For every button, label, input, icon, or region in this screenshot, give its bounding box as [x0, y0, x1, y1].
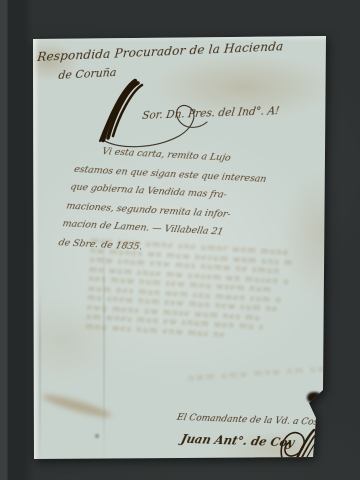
faint-ink-traces: nwm umw mnw nm uw [188, 364, 328, 384]
photograph-of-manuscript: mun nwm umne sno umnr wnm mune nw munes … [0, 0, 360, 480]
paper-shadow-wrap: mun nwm umne sno umnr wnm mune nw munes … [0, 0, 360, 480]
letter-body: Vi esta carta, remito a Lujo estamos en … [57, 142, 292, 263]
signature-rubric-icon [276, 424, 322, 466]
manuscript-paper: mun nwm umne sno umnr wnm mune nw munes … [33, 36, 327, 459]
ink-blot [307, 392, 321, 403]
paper-crease [39, 286, 41, 459]
ink-speck [95, 434, 99, 438]
annotation-line-1: Respondida Procurador de la Hacienda [37, 39, 285, 64]
